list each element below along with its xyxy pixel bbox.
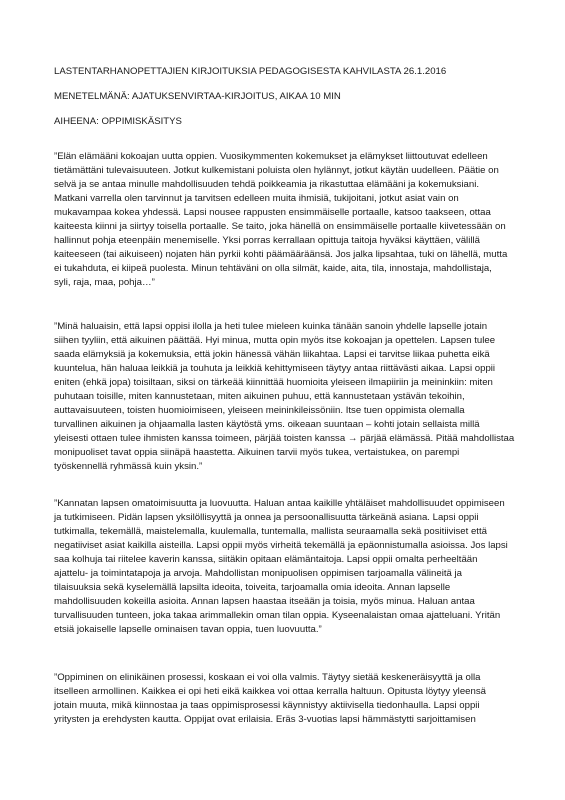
- text-line: tutkimalla, tekemällä, maistelemalla, ku…: [54, 525, 534, 539]
- text-line: etsiä jokaiselle lapselle ominaisen tava…: [54, 623, 534, 637]
- text-line: jotain muuta, mikä kiinnostaa ja taas op…: [54, 699, 534, 713]
- text-line: puhutaan toisille, miten kannustetaan, m…: [54, 390, 534, 404]
- text-line: saa kolhuja tai riitelee kaverin kanssa,…: [54, 553, 534, 567]
- text-line: ”Minä haluaisin, että lapsi oppisi iloll…: [54, 320, 534, 334]
- text-line: itselleen armollinen. Kaikkea ei opi het…: [54, 685, 534, 699]
- text-line: auttavaisuuteen, toisten huomioimiseen, …: [54, 404, 534, 418]
- document-page: LASTENTARHANOPETTAJIEN KIRJOITUKSIA PEDA…: [0, 0, 565, 800]
- text-line: selvä ja se antaa minulle mahdollisuuden…: [54, 178, 534, 192]
- document-title: LASTENTARHANOPETTAJIEN KIRJOITUKSIA PEDA…: [54, 66, 446, 78]
- text-line: syli, raja, maa, pohja…”: [54, 276, 534, 290]
- text-line: ”Kannatan lapsen omatoimisuutta ja luovu…: [54, 497, 534, 511]
- text-line: ja tutkimiseen. Pidän lapsen yksilöllisy…: [54, 511, 534, 525]
- text-line: hallinnut pohja eteenpäin menemiselle. Y…: [54, 234, 534, 248]
- text-line: tilaisuuksia sekä kyselemällä lapsilta i…: [54, 581, 534, 595]
- text-line: tietämättäni tulevaisuuteen. Jotkut kulk…: [54, 164, 534, 178]
- text-line: eniten (ehkä jopa) toisiltaan, siksi on …: [54, 376, 534, 390]
- paragraph-4: ”Oppiminen on elinikäinen prosessi, kosk…: [54, 671, 534, 727]
- text-line: Matkani varrella olen tarvinnut ja tarvi…: [54, 192, 534, 206]
- text-line: työskennellä ryhmässä kuin yksin.”: [54, 460, 534, 474]
- text-line: kuuntelua, hän haluaa leikkiä ja touhuta…: [54, 362, 534, 376]
- text-line: ”Elän elämääni kokoajan uutta oppien. Vu…: [54, 150, 534, 164]
- text-line: mukavampaa kokea yhdessä. Lapsi nousee r…: [54, 206, 534, 220]
- text-line: negatiiviset asiat kaikilla aisteilla. L…: [54, 539, 534, 553]
- text-line: kaiteeseen (tai aikuiseen) nojaten hän p…: [54, 248, 534, 262]
- paragraph-1: ”Elän elämääni kokoajan uutta oppien. Vu…: [54, 150, 534, 290]
- text-line: monipuoliset tavat oppia siinäpä haastet…: [54, 446, 534, 460]
- text-line: siihen tyyliin, että aikuinen päättää. H…: [54, 334, 534, 348]
- text-line: ”Oppiminen on elinikäinen prosessi, kosk…: [54, 671, 534, 685]
- text-line: yleisesti ottaen tulee ihmisten kanssa t…: [54, 432, 534, 446]
- text-line: yritysten ja erehdysten kautta. Oppijat …: [54, 713, 534, 727]
- paragraph-3: ”Kannatan lapsen omatoimisuutta ja luovu…: [54, 497, 534, 637]
- text-line: kaiteesta kiinni ja siirtyy toisella por…: [54, 220, 534, 234]
- topic-heading: AIHEENA: OPPIMISKÄSITYS: [54, 116, 182, 128]
- text-line: turvallisuuden tunteen, joka takaa arimm…: [54, 609, 534, 623]
- text-line: ajattelu- ja toimintatapoja ja arvoja. M…: [54, 567, 534, 581]
- text-line: mahdollisuuden kokeilla asioita. Annan l…: [54, 595, 534, 609]
- text-line: saada elämyksiä ja kokemuksia, että joki…: [54, 348, 534, 362]
- paragraph-2: ”Minä haluaisin, että lapsi oppisi iloll…: [54, 320, 534, 474]
- text-line: turvallinen aikuinen ja ohjaamalla laste…: [54, 418, 534, 432]
- text-line: ei tukahduta, ei kiipeä puolesta. Minun …: [54, 262, 534, 276]
- method-heading: MENETELMÄNÄ: AJATUKSENVIRTAA-KIRJOITUS, …: [54, 91, 341, 103]
